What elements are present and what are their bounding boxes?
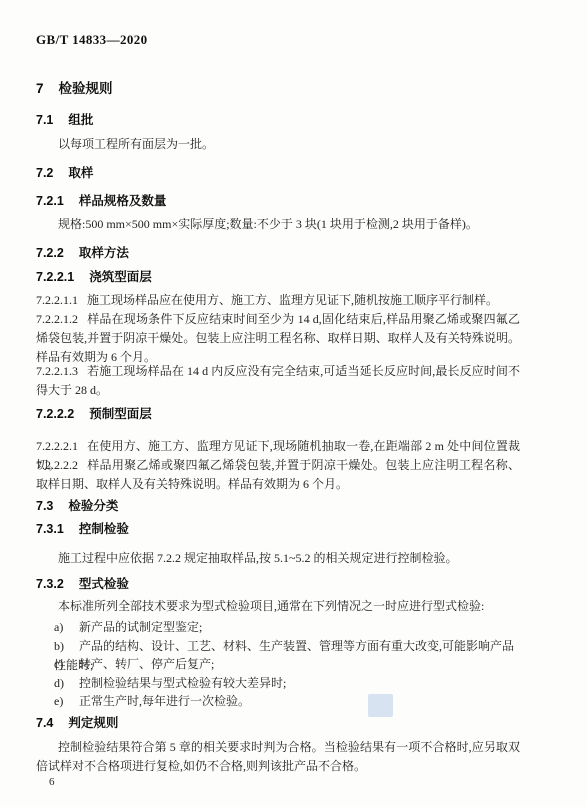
watermark-badge xyxy=(368,694,393,717)
clause-number: 7.2.2.2.2 xyxy=(36,458,78,472)
heading-text: 预制型面层 xyxy=(89,407,152,421)
clause-number: 7.2 xyxy=(36,166,53,180)
list-marker: e) xyxy=(54,692,79,711)
list-item-d: d)控制检验结果与型式检验有较大差异时; xyxy=(54,674,519,693)
clause-number: 7.1 xyxy=(36,113,53,127)
section-heading-7-2: 7.2取样 xyxy=(36,164,520,183)
heading-text: 浇筑型面层 xyxy=(89,270,152,284)
clause-text: 施工现场样品应在使用方、施工方、监理方见证下,随机按施工顺序平行制样。 xyxy=(87,293,498,307)
section-heading-7: 7检验规则 xyxy=(36,79,520,98)
list-marker: c) xyxy=(54,655,79,674)
clause-number: 7.4 xyxy=(36,716,53,730)
section-heading-7-2-2-1: 7.2.2.1浇筑型面层 xyxy=(36,268,520,287)
clause-number: 7.2.2.1.1 xyxy=(36,293,78,307)
clause-text: 样品在现场条件下反应结束时间至少为 14 d,固化结束后,样品用聚乙烯或聚四氟乙… xyxy=(36,312,520,364)
paragraph: 规格:500 mm×500 mm×实际厚度;数量:不少于 3 块(1 块用于检测… xyxy=(36,215,520,234)
section-heading-7-1: 7.1组批 xyxy=(36,111,520,130)
clause-text: 若施工现场样品在 14 d 内反应没有完全结束,可适当延长反应时间,最长反应时间… xyxy=(36,364,520,397)
heading-text: 检验规则 xyxy=(59,81,113,96)
clause-text: 样品用聚乙烯或聚四氟乙烯袋包装,并置于阴凉干燥处。包装上应注明工程名称、取样日期… xyxy=(36,458,520,491)
paragraph: 控制检验结果符合第 5 章的相关要求时判为合格。当检验结果有一项不合格时,应另取… xyxy=(36,738,520,776)
list-text: 正常生产时,每年进行一次检验。 xyxy=(79,694,250,708)
clause-paragraph: 7.2.2.2.2样品用聚乙烯或聚四氟乙烯袋包装,并置于阴凉干燥处。包装上应注明… xyxy=(36,456,520,494)
heading-text: 取样方法 xyxy=(79,246,129,260)
clause-number: 7.2.2.1 xyxy=(36,270,74,284)
list-marker: b) xyxy=(54,637,79,656)
clause-number: 7.3.1 xyxy=(36,522,64,536)
heading-text: 组批 xyxy=(68,113,93,127)
section-heading-7-3: 7.3检验分类 xyxy=(36,497,520,516)
section-heading-7-2-1: 7.2.1样品规格及数量 xyxy=(36,192,520,211)
clause-paragraph: 7.2.2.1.1施工现场样品应在使用方、施工方、监理方见证下,随机按施工顺序平… xyxy=(36,291,520,310)
heading-text: 判定规则 xyxy=(68,716,118,730)
clause-number: 7.2.2 xyxy=(36,246,64,260)
clause-number: 7.2.2.2 xyxy=(36,407,74,421)
heading-text: 型式检验 xyxy=(79,577,129,591)
document-page: GB/T 14833—2020 7检验规则 7.1组批 以每项工程所有面层为一批… xyxy=(0,0,587,807)
section-heading-7-2-2: 7.2.2取样方法 xyxy=(36,244,520,263)
clause-paragraph: 7.2.2.1.3若施工现场样品在 14 d 内反应没有完全结束,可适当延长反应… xyxy=(36,362,520,400)
list-item-e: e)正常生产时,每年进行一次检验。 xyxy=(54,692,519,711)
clause-number: 7.3.2 xyxy=(36,577,64,591)
section-heading-7-4: 7.4判定规则 xyxy=(36,714,520,733)
list-text: 转产、转厂、停产后复产; xyxy=(79,657,214,671)
clause-number: 7.3 xyxy=(36,499,53,513)
heading-text: 样品规格及数量 xyxy=(79,194,167,208)
clause-number: 7.2.2.1.3 xyxy=(36,364,78,378)
list-item-c: c)转产、转厂、停产后复产; xyxy=(54,655,519,674)
heading-text: 控制检验 xyxy=(79,522,129,536)
heading-text: 检验分类 xyxy=(68,499,118,513)
heading-text: 取样 xyxy=(68,166,93,180)
section-heading-7-3-2: 7.3.2型式检验 xyxy=(36,575,520,594)
document-header: GB/T 14833—2020 xyxy=(36,32,148,48)
paragraph: 本标准所列全部技术要求为型式检验项目,通常在下列情况之一时应进行型式检验: xyxy=(36,597,520,616)
list-marker: d) xyxy=(54,674,79,693)
list-marker: a) xyxy=(54,618,79,637)
clause-number: 7.2.2.1.2 xyxy=(36,312,78,326)
paragraph: 施工过程中应依据 7.2.2 规定抽取样品,按 5.1~5.2 的相关规定进行控… xyxy=(36,549,520,568)
clause-number: 7.2.1 xyxy=(36,194,64,208)
list-text: 控制检验结果与型式检验有较大差异时; xyxy=(79,676,286,690)
clause-number: 7.2.2.2.1 xyxy=(36,439,78,453)
clause-number: 7 xyxy=(36,81,44,96)
paragraph: 以每项工程所有面层为一批。 xyxy=(36,135,520,154)
page-number: 6 xyxy=(49,776,55,788)
section-heading-7-3-1: 7.3.1控制检验 xyxy=(36,520,520,539)
list-item-a: a)新产品的试制定型鉴定; xyxy=(54,618,519,637)
list-text: 新产品的试制定型鉴定; xyxy=(79,620,202,634)
section-heading-7-2-2-2: 7.2.2.2预制型面层 xyxy=(36,405,520,424)
clause-paragraph: 7.2.2.1.2样品在现场条件下反应结束时间至少为 14 d,固化结束后,样品… xyxy=(36,310,520,367)
